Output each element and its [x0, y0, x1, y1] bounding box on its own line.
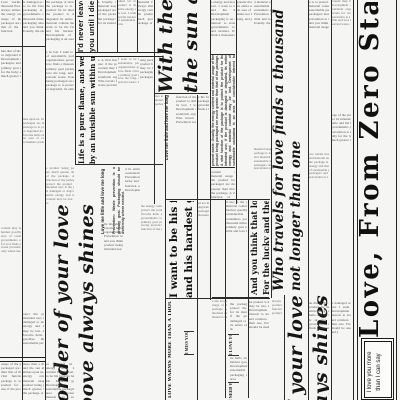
micro-text-column: roduct for its intended use; if the prod… — [117, 0, 136, 51]
divider — [0, 357, 46, 362]
micro-text-column: e. A vital function of the package is to… — [98, 58, 117, 163]
micro-text-column: e is to protect the product for its inte… — [309, 0, 329, 150]
divider — [166, 199, 270, 200]
divider — [45, 0, 46, 400]
micro-text-column: he product is damaged or degraded its en… — [249, 300, 269, 400]
micro-text-column: the package is to protect the product fo… — [230, 302, 247, 332]
headline-line: I'd never leave — [76, 1, 87, 52]
micro-text-column: eing packaged are much greater than that… — [140, 58, 153, 203]
label-need-you: I NEED YOU — [228, 382, 239, 400]
micro-text-column: Love warms more than a thousand fires an… — [1, 0, 21, 45]
micro-text-column: is damaged or degraded its entire energy… — [23, 0, 44, 114]
headline-line: Who travels for love finds a thousand mi… — [271, 6, 288, 291]
micro-text-column: the package. A vital function of the pac… — [46, 0, 74, 44]
divider — [212, 297, 269, 298]
micro-text-column: thousand fires and the sun above always … — [137, 0, 153, 51]
headline-line: not longer than one — [288, 6, 305, 291]
headline-line: With the wonder of your love, — [154, 0, 179, 93]
micro-text-column: otect the product for its intended use; … — [23, 312, 44, 356]
text-packaging: prevent waste. Usually, the energy conte… — [211, 55, 235, 166]
divider — [75, 52, 163, 57]
headline-favorite-hello: I want to be his favorite hello and his … — [167, 201, 197, 298]
newsprint-pattern: With the wonder of your love, the sun ab… — [0, 0, 400, 400]
headline-line: you until I die — [87, 1, 97, 52]
divider — [117, 0, 118, 52]
micro-text-column: sage of the product being packaged are m… — [331, 113, 351, 298]
micro-text-column: or degraded its entire energy and materi… — [46, 362, 74, 400]
divider — [154, 0, 155, 204]
micro-text-column: e energy and material content may be los… — [211, 0, 235, 52]
headline-love-warms: LOVE WARMS MORE THAN A THOUSAND FIRES — [168, 301, 179, 398]
headline-who-travels: Who travels for love finds a thousand mi… — [271, 6, 305, 291]
divider — [211, 54, 235, 55]
micro-text-column: material usage of the product being pack… — [254, 148, 271, 292]
headline-line: the sun above always shines — [179, 0, 204, 93]
divider — [271, 0, 272, 298]
micro-text-column: is damaged or degraded its entire energy… — [331, 301, 351, 400]
divider — [165, 95, 166, 400]
micro-text-column: han that of the package. A vital functio… — [1, 49, 21, 223]
micro-text-column: I want to be his favorite hello and his … — [118, 58, 139, 163]
micro-text-column: its intended use; if the product is dama… — [104, 222, 123, 400]
divider — [166, 298, 270, 299]
micro-text-column: content and material usage of the produc… — [211, 170, 235, 198]
headline-line: Life is a pure flame, and we live — [77, 57, 88, 164]
love-box-line: than I can say — [375, 343, 384, 400]
divider — [22, 0, 23, 400]
headline-never-leave: I'd never leave you until I die — [76, 1, 97, 52]
love-box: I love you more than I can say — [361, 338, 394, 400]
micro-text-column: always shines upon us. Usually the energ… — [272, 300, 282, 400]
micro-text-column: y be lost. I want to be his favorite hel… — [46, 50, 74, 162]
headline-love-me-little-fragment: Love me little and love me long — [164, 95, 174, 163]
micro-text-column: ove warms more than a thousand fires and… — [309, 153, 329, 298]
headline-pure-flame: Life is a pure flame, and we live by an … — [77, 57, 98, 164]
divider — [284, 295, 285, 400]
micro-text-column: content may be lost. I want to be his fa… — [1, 227, 21, 309]
micro-text-column: more than a thousand fires and the sun a… — [23, 362, 44, 400]
micro-text-column: d its entire energy and material content… — [125, 167, 140, 400]
micro-text-column: d use; if the product is damaged or degr… — [226, 200, 247, 298]
headline-line: by an invisible sun within us — [88, 57, 98, 164]
micro-text-column: ite hello and his hardest goodbye. Devel… — [230, 356, 247, 380]
divider — [211, 167, 235, 168]
divider — [210, 0, 211, 300]
divider — [308, 0, 309, 400]
headline-wonder-love-top: With the wonder of your love, the sun ab… — [154, 0, 207, 93]
divider — [154, 93, 208, 94]
divider — [236, 0, 237, 204]
headline-zero-start: Love, From Zero Start — [355, 2, 398, 338]
divider — [137, 0, 138, 52]
micro-text-column: e product being packaged are much greate… — [46, 167, 74, 204]
micro-text-column: function of the package is to protect th… — [176, 95, 196, 199]
headline-line: With the wonder of your love, — [284, 295, 309, 400]
headline-line: the sun above always shines — [75, 204, 100, 400]
micro-text-column: greater than that of the package. A vita… — [237, 0, 252, 204]
headline-line: I want to be his favorite hello — [167, 201, 182, 298]
divider — [331, 0, 332, 400]
divider — [0, 46, 45, 47]
micro-text-column: usage of the product being packaged are … — [1, 362, 21, 400]
micro-text-column: s. Usually the energy content and materi… — [98, 0, 116, 51]
divider — [75, 164, 163, 165]
micro-text-column: ires and the sun above always shines upo… — [155, 95, 163, 199]
divider — [248, 200, 249, 398]
headline-line: and his hardest goodbye — [182, 201, 197, 298]
micro-text-column: the energy content and material usage of… — [141, 205, 162, 400]
micro-text-column: ines upon us. Usually the energy content… — [23, 118, 44, 223]
divider — [353, 0, 358, 400]
micro-text-column: content may be lost. I want to be his fa… — [331, 0, 351, 110]
label-love-you: I LOVE YOU — [228, 334, 239, 356]
divider — [197, 95, 198, 400]
label-miss-you: I MISS YOU — [184, 331, 194, 355]
micro-text-column: d material content may be lost. I want t… — [254, 0, 271, 145]
divider — [225, 200, 226, 398]
divider — [75, 0, 76, 165]
micro-text-column: an that of the package. A vital function… — [309, 301, 329, 400]
divider — [396, 0, 400, 400]
micro-text-column: ed are much greater than that of the pac… — [198, 202, 209, 398]
micro-text-column: e his favorite hello and his hardest goo… — [198, 95, 209, 198]
divider — [97, 0, 98, 52]
love-box-line: I love you more — [366, 343, 375, 400]
